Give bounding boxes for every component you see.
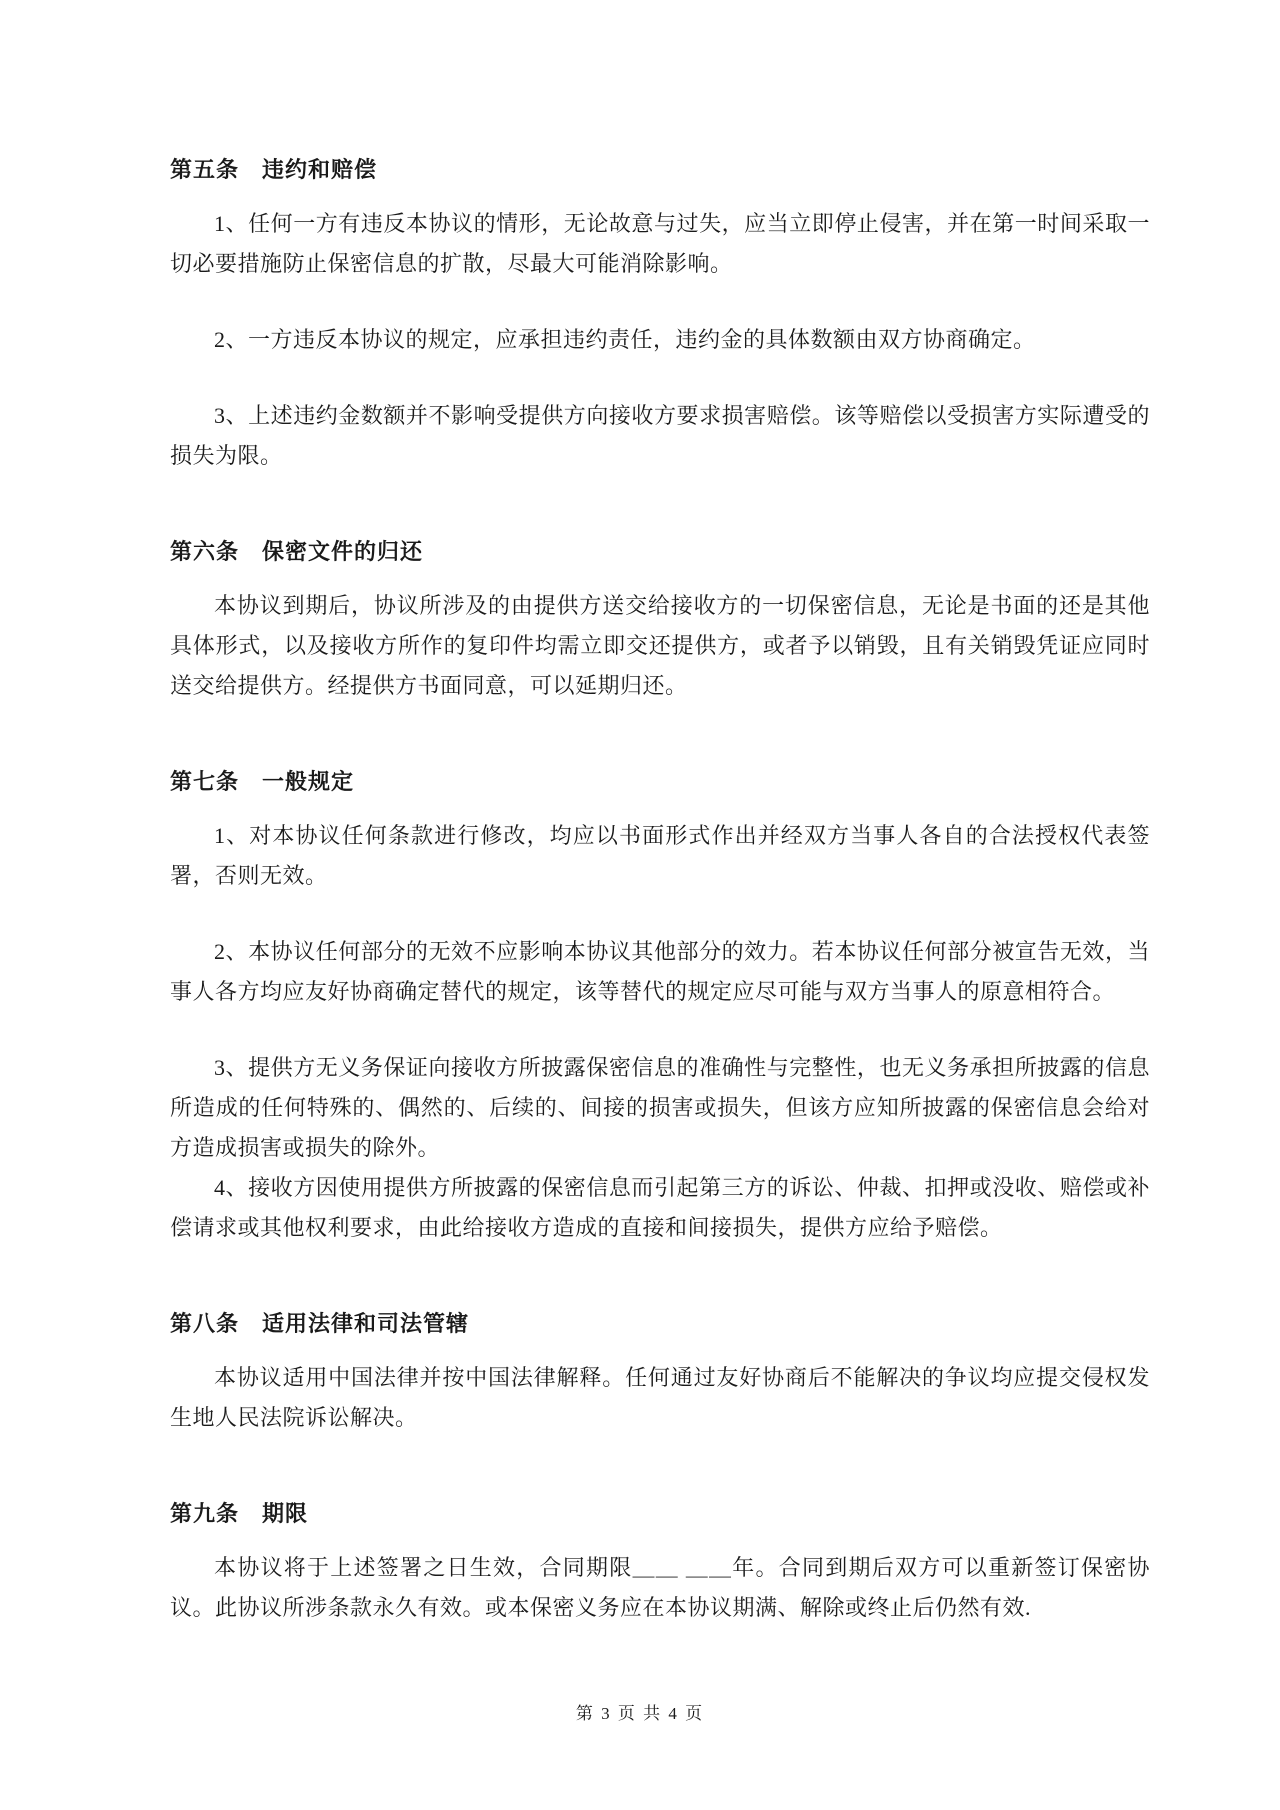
article-8-heading: 第八条 适用法律和司法管辖: [170, 1304, 1150, 1344]
paragraph: 本协议将于上述签署之日生效，合同期限＿＿ ＿＿年。合同到期后双方可以重新签订保密…: [170, 1548, 1150, 1628]
paragraph: 本协议适用中国法律并按中国法律解释。任何通过友好协商后不能解决的争议均应提交侵权…: [170, 1358, 1150, 1438]
paragraph: 2、本协议任何部分的无效不应影响本协议其他部分的效力。若本协议任何部分被宣告无效…: [170, 932, 1150, 1012]
article-7-heading: 第七条 一般规定: [170, 762, 1150, 802]
paragraph: 1、对本协议任何条款进行修改，均应以书面形式作出并经双方当事人各自的合法授权代表…: [170, 816, 1150, 896]
paragraph: 3、上述违约金数额并不影响受提供方向接收方要求损害赔偿。该等赔偿以受损害方实际遭…: [170, 396, 1150, 476]
paragraph: 3、提供方无义务保证向接收方所披露保密信息的准确性与完整性，也无义务承担所披露的…: [170, 1048, 1150, 1168]
section-article-5: 第五条 违约和赔偿 1、任何一方有违反本协议的情形，无论故意与过失，应当立即停止…: [170, 150, 1150, 476]
article-9-heading: 第九条 期限: [170, 1494, 1150, 1534]
section-article-7: 第七条 一般规定 1、对本协议任何条款进行修改，均应以书面形式作出并经双方当事人…: [170, 762, 1150, 1248]
section-article-6: 第六条 保密文件的归还 本协议到期后，协议所涉及的由提供方送交给接收方的一切保密…: [170, 532, 1150, 706]
paragraph: 2、一方违反本协议的规定，应承担违约责任，违约金的具体数额由双方协商确定。: [170, 320, 1150, 360]
section-article-9: 第九条 期限 本协议将于上述签署之日生效，合同期限＿＿ ＿＿年。合同到期后双方可…: [170, 1494, 1150, 1628]
page-footer: 第 3 页 共 4 页: [0, 1702, 1280, 1726]
section-article-8: 第八条 适用法律和司法管辖 本协议适用中国法律并按中国法律解释。任何通过友好协商…: [170, 1304, 1150, 1438]
article-5-heading: 第五条 违约和赔偿: [170, 150, 1150, 190]
paragraph: 4、接收方因使用提供方所披露的保密信息而引起第三方的诉讼、仲裁、扣押或没收、赔偿…: [170, 1168, 1150, 1248]
paragraph: 本协议到期后，协议所涉及的由提供方送交给接收方的一切保密信息，无论是书面的还是其…: [170, 586, 1150, 706]
paragraph: 1、任何一方有违反本协议的情形，无论故意与过失，应当立即停止侵害，并在第一时间采…: [170, 204, 1150, 284]
document-page: 第五条 违约和赔偿 1、任何一方有违反本协议的情形，无论故意与过失，应当立即停止…: [0, 0, 1280, 1810]
document-body: 第五条 违约和赔偿 1、任何一方有违反本协议的情形，无论故意与过失，应当立即停止…: [0, 0, 1280, 1628]
article-6-heading: 第六条 保密文件的归还: [170, 532, 1150, 572]
